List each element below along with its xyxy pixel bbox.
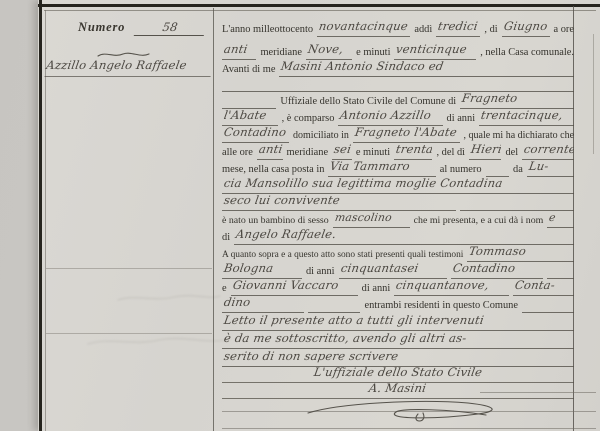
handwritten-text: Conta- <box>513 276 574 296</box>
printed-text: a ore <box>554 24 574 37</box>
handwritten-ink: Via Tammaro <box>329 159 411 173</box>
printed-text: Avanti di me <box>222 64 275 77</box>
ink-bleed-mark <box>84 332 234 350</box>
handwritten-ink: A. Masini <box>368 381 427 395</box>
handwritten-text: Giugno <box>502 17 550 37</box>
handwritten-text: Masini Antonio Sindaco ed <box>279 57 574 77</box>
handwritten-ink: cia Mansolillo sua legittima moglie Cont… <box>223 176 504 190</box>
margin-column: Numero 58 Azzillo Angelo Raffaele <box>44 12 214 427</box>
frame-top-inner-rule <box>44 10 596 11</box>
handwritten-ink: Letto il presente atto a tutti gli inter… <box>223 313 485 327</box>
document-scan: { "document": { "type": "atto-di-nascita… <box>0 0 600 431</box>
handwritten-text: Letto il presente atto a tutti gli inter… <box>222 311 574 331</box>
handwritten-ink: novantacinque <box>318 19 409 33</box>
handwritten-text: cinquantanove, <box>394 276 508 296</box>
handwritten-ink: dino <box>223 295 252 309</box>
handwritten-ink: sei <box>333 142 352 156</box>
handwritten-ink: Lu- <box>528 159 550 173</box>
handwritten-ink: trenta <box>395 142 432 156</box>
handwritten-ink: corrente <box>523 142 574 156</box>
handwritten-ink: tredici <box>437 19 479 33</box>
signature-flourish <box>300 397 510 425</box>
frame-left-rule <box>39 0 42 431</box>
handwritten-ink: serito di non sapere scrivere <box>223 349 400 363</box>
handwritten-ink: Tommaso <box>468 244 527 258</box>
printed-text: , di <box>484 24 497 37</box>
handwritten-text: è da me sottoscritto, avendo gli altri a… <box>222 329 574 349</box>
handwritten-text: tredici <box>436 17 480 37</box>
handwritten-ink: Hieri <box>470 142 502 156</box>
handwritten-ink: Fragneto l'Abate <box>354 125 458 139</box>
handwritten-text: anti <box>257 140 283 160</box>
printed-text: di anni <box>362 283 391 296</box>
handwritten-text: dino <box>222 293 304 313</box>
handwritten-text: novantacinque <box>317 17 410 37</box>
handwritten-ink: l'Abate <box>223 108 268 122</box>
handwritten-ink: Masini Antonio Sindaco ed <box>280 59 445 73</box>
handwritten-ink: cinquantanove, <box>395 278 490 292</box>
handwritten-ink: Conta- <box>513 278 555 292</box>
handwritten-ink: Contadino <box>223 125 287 139</box>
handwritten-text: A. Masini <box>222 379 574 398</box>
handwritten-ink: Angelo Raffaele. <box>235 227 337 241</box>
adjacent-page-edge-rule <box>593 34 594 154</box>
printed-text: L'anno milleottocento <box>222 24 313 37</box>
handwritten-text: anti <box>222 40 256 60</box>
printed-text: del <box>505 147 518 160</box>
numero-value: 58 <box>134 20 207 36</box>
printed-text: , è comparso <box>282 113 335 126</box>
handwritten-ink: venticinque <box>395 42 468 56</box>
handwritten-ink: cinquantasei <box>339 261 419 275</box>
handwritten-ink: Contadino <box>451 261 515 275</box>
registered-name: Azzillo Angelo Raffaele <box>44 58 213 77</box>
printed-text: addì <box>414 24 432 37</box>
handwritten-ink: Giugno <box>503 19 549 33</box>
ink-bleed-mark <box>114 290 224 306</box>
printed-text: alle ore <box>222 147 253 160</box>
handwritten-ink: anti <box>258 142 283 156</box>
handwritten-text: Hieri <box>469 140 501 160</box>
handwritten-ink: trentacinque, <box>480 108 564 122</box>
handwritten-ink: anti <box>223 42 249 56</box>
line-official: Avanti di meMasini Antonio Sindaco ed <box>222 60 574 77</box>
handwritten-ink: è da me sottoscritto, avendo gli altri a… <box>223 331 468 345</box>
handwritten-ink: mascolino <box>334 211 393 224</box>
handwritten-ink: Nove, <box>307 42 344 56</box>
handwritten-ink: e <box>548 211 557 224</box>
printed-text: , del dì <box>436 147 465 160</box>
frame-top-rule <box>38 4 600 7</box>
printed-text: meridiane <box>287 147 329 160</box>
act-text: L'anno milleottocentonovantacinqueaddìtr… <box>222 14 574 399</box>
printed-text: di <box>222 232 230 245</box>
handwritten-ink: seco lui convivente <box>223 193 341 207</box>
handwritten-ink: Antonio Azzillo <box>339 108 432 122</box>
handwritten-ink: Giovanni Vaccaro <box>232 278 340 292</box>
line-opening-date: L'anno milleottocentonovantacinqueaddìtr… <box>222 14 574 37</box>
handwritten-ink: Bologna <box>223 261 275 275</box>
handwritten-text: trentacinque, <box>479 106 574 126</box>
numero-row: Numero 58 <box>78 20 205 36</box>
handwritten-ink: Fragneto <box>461 91 519 105</box>
handwritten-ink: L'uffiziale dello Stato Civile <box>313 365 483 379</box>
bottom-blank-rule <box>222 428 596 429</box>
numero-label: Numero <box>78 20 125 35</box>
